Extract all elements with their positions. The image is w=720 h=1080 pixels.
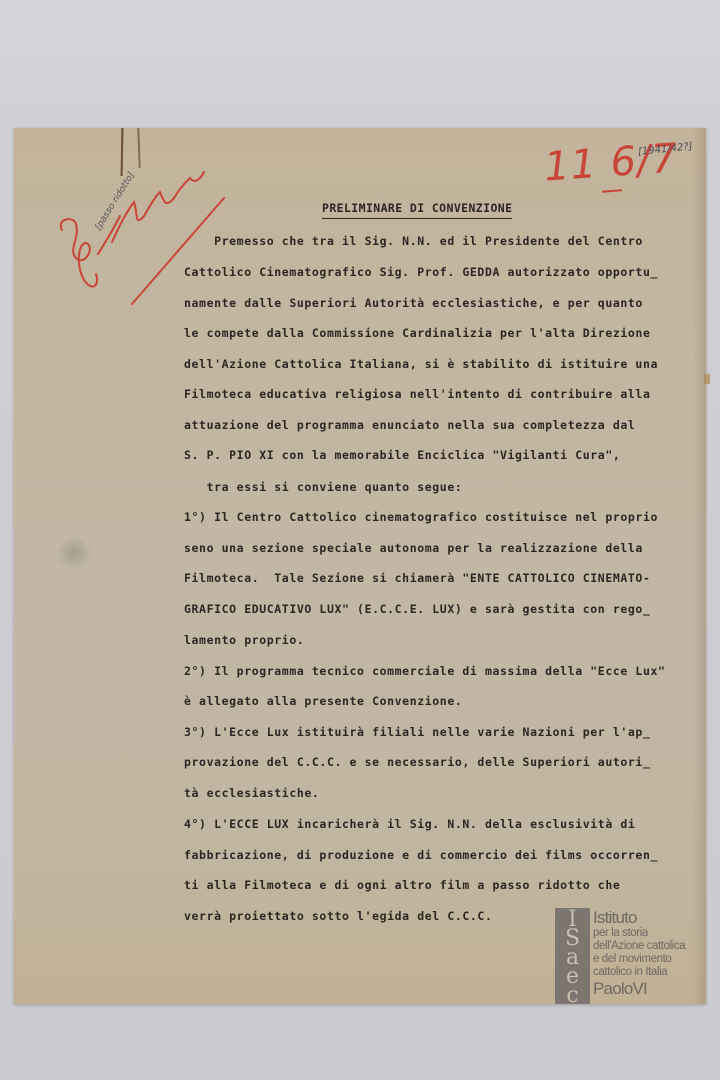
body-line: dell'Azione Cattolica Italiana, si è sta… bbox=[184, 359, 658, 371]
clause-3-line: tà ecclesiastiche. bbox=[184, 788, 319, 800]
body-line: Premesso che tra il Sig. N.N. ed il Pres… bbox=[184, 236, 643, 248]
body-line: namente dalle Superiori Autorità ecclesi… bbox=[184, 298, 643, 310]
body-line: Cattolico Cinematografico Sig. Prof. GED… bbox=[184, 267, 658, 279]
clause-1-line: seno una sezione speciale autonoma per l… bbox=[184, 543, 643, 555]
watermark-text: Istituto per la storia dell'Azione catto… bbox=[593, 908, 685, 1004]
paper-edge-tear bbox=[704, 374, 710, 384]
clause-1-line: lamento proprio. bbox=[184, 635, 304, 647]
clause-1-line: Filmoteca. Tale Sezione si chiamerà "ENT… bbox=[184, 573, 650, 585]
clause-3-line: provazione del C.C.C. e se necessario, d… bbox=[184, 757, 650, 769]
body-line: le compete dalla Commissione Cardinalizi… bbox=[184, 328, 650, 340]
archive-number-underline bbox=[602, 189, 622, 192]
paper-stain bbox=[54, 538, 94, 568]
body-line: attuazione del programma enunciato nella… bbox=[184, 420, 635, 432]
clause-1-line: GRAFICO EDUCATIVO LUX" (E.C.C.E. LUX) e … bbox=[184, 604, 650, 616]
clause-4-line: verrà proiettato sotto l'egida del C.C.C… bbox=[184, 911, 492, 923]
isacem-logo-icon: I S a e c bbox=[555, 908, 590, 1004]
body-line: S. P. PIO XI con la memorabile Enciclica… bbox=[184, 450, 620, 462]
document-page: 11 6/7 [1941/42?] [passo ridotto] PRELIM… bbox=[14, 128, 706, 1004]
isacem-watermark-logo: I S a e c Istituto per la storia dell'Az… bbox=[555, 908, 705, 1004]
clause-4-line: ti alla Filmoteca e di ogni altro film a… bbox=[184, 880, 620, 892]
clause-4-line: 4°) L'ECCE LUX incaricherà il Sig. N.N. … bbox=[184, 819, 635, 831]
clause-2-line: 2°) Il programma tecnico commerciale di … bbox=[184, 666, 666, 678]
clause-1-line: 1°) Il Centro Cattolico cinematografico … bbox=[184, 512, 658, 524]
document-title: PRELIMINARE DI CONVENZIONE bbox=[322, 201, 512, 219]
red-handwriting-icon bbox=[54, 158, 234, 308]
clause-4-line: fabbricazione, di produzione e di commer… bbox=[184, 850, 658, 862]
clause-2-line: è allegato alla presente Convenzione. bbox=[184, 696, 462, 708]
clause-3-line: 3°) L'Ecce Lux istituirà filiali nelle v… bbox=[184, 727, 650, 739]
body-line: Filmoteca educativa religiosa nell'inten… bbox=[184, 389, 650, 401]
body-line: tra essi si conviene quanto segue: bbox=[184, 482, 462, 494]
